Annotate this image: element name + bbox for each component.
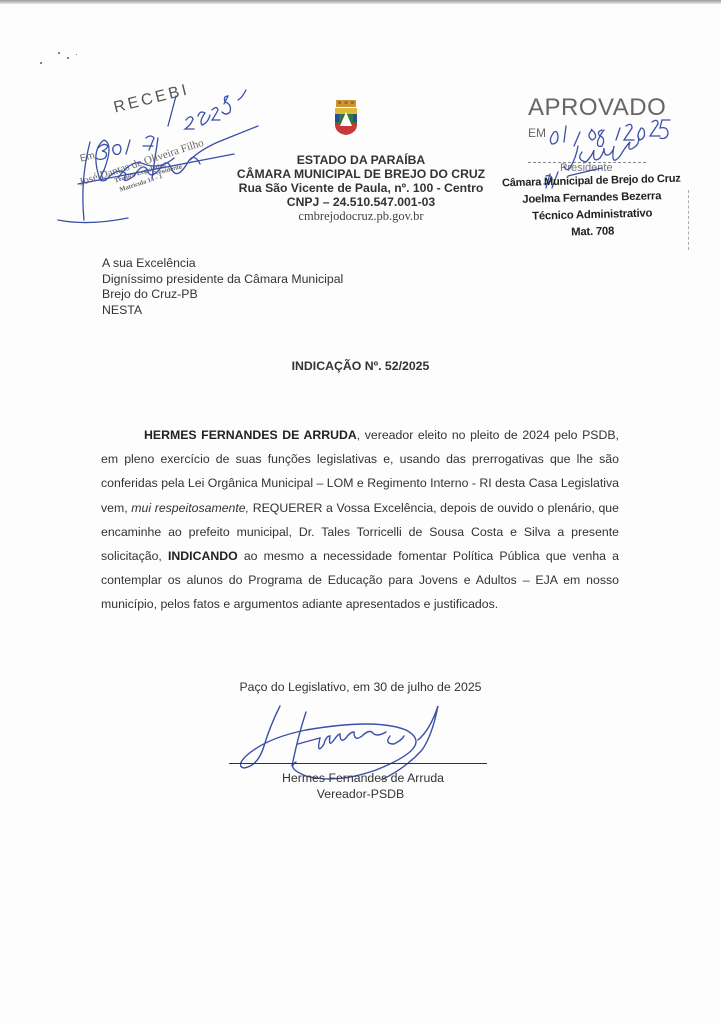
received-stamp: RECEBI Em Presidente José Dantas de Oliv… bbox=[0, 60, 280, 240]
addressee-block: A sua Excelência Digníssimo presidente d… bbox=[102, 256, 343, 319]
author-name: HERMES FERNANDES DE ARRUDA bbox=[144, 428, 357, 442]
scan-edge-shadow bbox=[0, 0, 721, 4]
signatory-name: Hermes Fernandes de Arruda bbox=[0, 771, 721, 787]
addressee-line: A sua Excelência bbox=[102, 256, 343, 272]
document-title: INDICAÇÃO Nº. 52/2025 bbox=[0, 359, 721, 373]
body-paragraph: HERMES FERNANDES DE ARRUDA, vereador ele… bbox=[101, 423, 619, 617]
addressee-line: Digníssimo presidente da Câmara Municipa… bbox=[102, 272, 343, 288]
signature-line bbox=[229, 763, 487, 764]
stamp-border-fragment bbox=[688, 190, 689, 250]
addressee-line: Brejo do Cruz-PB bbox=[102, 287, 343, 303]
scan-speck bbox=[58, 52, 60, 54]
approved-stamp-signer-block: Câmara Municipal de Brejo do Cruz Joelma… bbox=[491, 170, 693, 243]
scan-speck bbox=[76, 54, 77, 55]
addressee-line: NESTA bbox=[102, 303, 343, 319]
place-and-date: Paço do Legislativo, em 30 de julho de 2… bbox=[0, 680, 721, 694]
received-handwriting-signature-icon bbox=[0, 60, 280, 240]
coat-of-arms-icon bbox=[333, 100, 359, 136]
scan-speck bbox=[67, 57, 69, 59]
author-signature-icon bbox=[240, 700, 480, 780]
signatory-role: Vereador-PSDB bbox=[0, 787, 721, 803]
signatory-block: Hermes Fernandes de Arruda Vereador-PSDB bbox=[0, 771, 721, 802]
body-text-italic: mui respeitosamente, bbox=[131, 501, 249, 515]
approved-stamp: APROVADO EM Presidente Câmara Municipal … bbox=[480, 80, 721, 260]
body-text-bold-indicando: INDICANDO bbox=[168, 549, 238, 563]
